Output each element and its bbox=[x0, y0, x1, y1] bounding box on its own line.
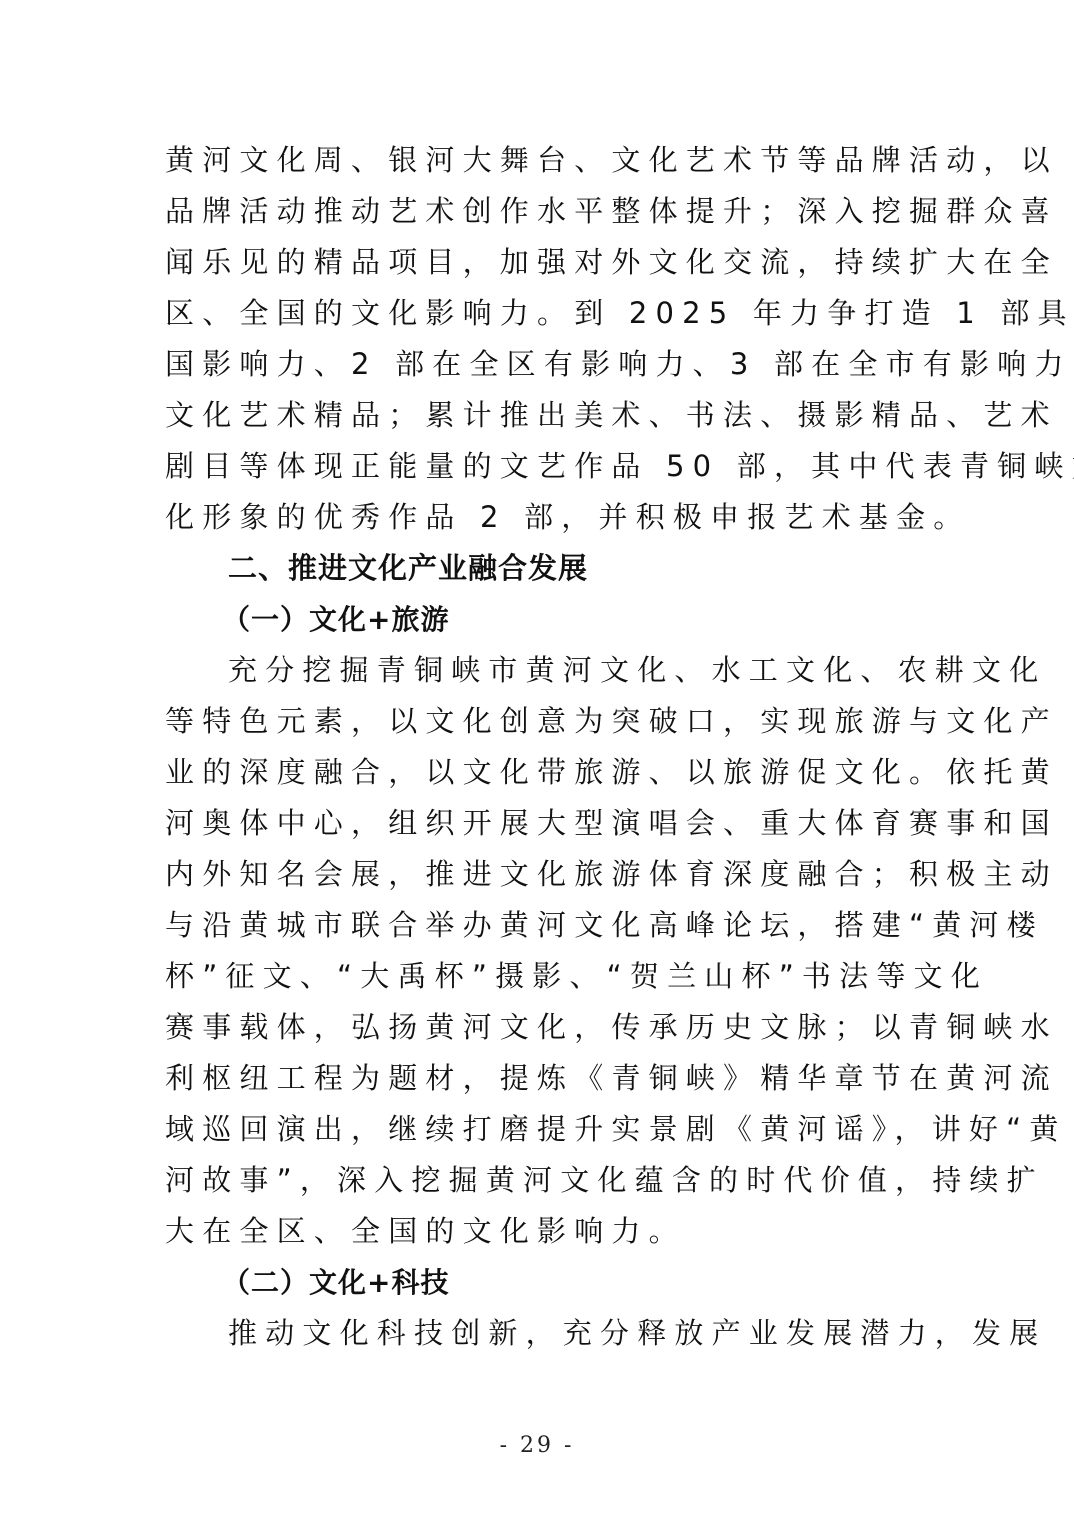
paragraph-line: 品牌活动推动艺术创作水平整体提升；深入挖掘群众喜 bbox=[165, 186, 925, 237]
paragraph-line: 赛事载体，弘扬黄河文化，传承历史文脉；以青铜峡水 bbox=[165, 1002, 925, 1053]
paragraph-line: 杯”征文、“大禹杯”摄影、“贺兰山杯”书法等文化 bbox=[165, 951, 925, 1002]
page-number: - 29 - bbox=[0, 1433, 1074, 1458]
paragraph-line: 河奥体中心，组织开展大型演唱会、重大体育赛事和国 bbox=[165, 798, 925, 849]
paragraph-line: 域巡回演出，继续打磨提升实景剧《黄河谣》，讲好“黄 bbox=[165, 1104, 925, 1155]
subsection-heading-technology: （二）文化+科技 bbox=[222, 1257, 982, 1308]
paragraph-line: 文化艺术精品；累计推出美术、书法、摄影精品、艺术 bbox=[165, 390, 925, 441]
paragraph-line: 黄河文化周、银河大舞台、文化艺术节等品牌活动，以 bbox=[165, 135, 925, 186]
document-page: 黄河文化周、银河大舞台、文化艺术节等品牌活动，以 品牌活动推动艺术创作水平整体提… bbox=[0, 0, 1074, 1520]
paragraph-line: 国影响力、2 部在全区有影响力、3 部在全市有影响力的 bbox=[165, 339, 925, 390]
section-heading: 二、推进文化产业融合发展 bbox=[228, 543, 988, 594]
paragraph-line: 内外知名会展，推进文化旅游体育深度融合；积极主动 bbox=[165, 849, 925, 900]
subsection-heading-tourism: （一）文化+旅游 bbox=[222, 594, 982, 645]
paragraph-line: 推动文化科技创新，充分释放产业发展潜力，发展 bbox=[228, 1308, 988, 1359]
paragraph-line: 等特色元素，以文化创意为突破口，实现旅游与文化产 bbox=[165, 696, 925, 747]
paragraph-line: 区、全国的文化影响力。到 2025 年力争打造 1 部具有全 bbox=[165, 288, 925, 339]
paragraph-line: 河故事”，深入挖掘黄河文化蕴含的时代价值，持续扩 bbox=[165, 1155, 925, 1206]
paragraph-line: 业的深度融合，以文化带旅游、以旅游促文化。依托黄 bbox=[165, 747, 925, 798]
paragraph-line: 剧目等体现正能量的文艺作品 50 部，其中代表青铜峡文 bbox=[165, 441, 925, 492]
paragraph-line: 大在全区、全国的文化影响力。 bbox=[165, 1206, 925, 1257]
paragraph-line: 闻乐见的精品项目，加强对外文化交流，持续扩大在全 bbox=[165, 237, 925, 288]
paragraph-line: 利枢纽工程为题材，提炼《青铜峡》精华章节在黄河流 bbox=[165, 1053, 925, 1104]
paragraph-line: 充分挖掘青铜峡市黄河文化、水工文化、农耕文化 bbox=[228, 645, 988, 696]
paragraph-line: 化形象的优秀作品 2 部，并积极申报艺术基金。 bbox=[165, 492, 925, 543]
paragraph-line: 与沿黄城市联合举办黄河文化高峰论坛，搭建“黄河楼 bbox=[165, 900, 925, 951]
